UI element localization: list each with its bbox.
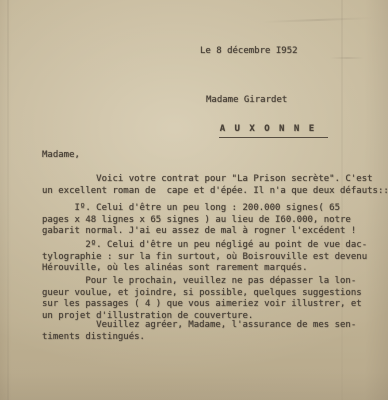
date-line: Le 8 décembre I952 — [200, 46, 298, 58]
recipient-name: Madame Girardet — [206, 95, 287, 107]
letter-page: Le 8 décembre I952 Madame Girardet A U X… — [0, 0, 388, 400]
recipient-city-underlined-text: A U X O N N E — [219, 124, 328, 139]
paragraph-defect-1-length: Iº. Celui d'être un peu long : 200.000 s… — [42, 203, 356, 238]
paragraph-contract-intro: Voici votre contrat pour "La Prison secr… — [42, 174, 388, 197]
paper-edge-shadow — [0, 372, 388, 400]
paragraph-next-instructions: Pour le prochain, veuillez ne pas dépass… — [42, 276, 362, 322]
paper-crease-vertical-left — [7, 0, 9, 400]
paper-crease-top-right — [262, 17, 374, 23]
paper-crease-mid-right — [330, 57, 364, 59]
closing-paragraph: Veuillez agréer, Madame, l'assurance de … — [42, 320, 356, 343]
salutation: Madame, — [42, 150, 80, 162]
recipient-city: A U X O N N E — [197, 112, 328, 150]
paragraph-defect-2-typing: 2º. Celui d'être un peu négligé au point… — [42, 240, 367, 275]
